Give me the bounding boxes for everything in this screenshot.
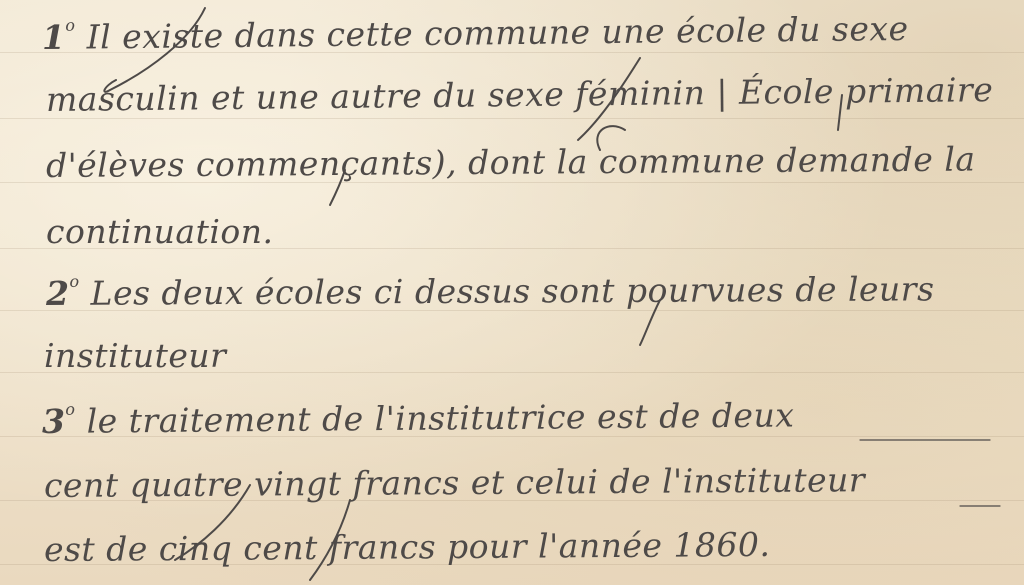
text-line-1: 1o Il existe dans cette commune une écol… xyxy=(42,7,909,57)
text-line-7: 3o le traitement de l'institutrice est d… xyxy=(42,393,795,441)
text-line-3: d'élèves commençants), dont la commune d… xyxy=(46,140,976,185)
text-line-9: est de cinq cent francs pour l'année 186… xyxy=(44,525,771,569)
line-text: est de cinq cent francs pour l'année 186… xyxy=(44,525,771,569)
item-number-suffix: o xyxy=(65,16,75,35)
item-number-suffix: o xyxy=(65,400,75,419)
item-number: 3 xyxy=(42,402,66,441)
manuscript-page: 1o Il existe dans cette commune une écol… xyxy=(0,0,1024,585)
item-number: 2 xyxy=(46,274,70,313)
line-text: Les deux écoles ci dessus sont pourvues … xyxy=(80,269,935,312)
text-line-5: 2o Les deux écoles ci dessus sont pourvu… xyxy=(46,267,935,313)
line-text: continuation. xyxy=(46,212,274,251)
line-text: le traitement de l'institutrice est de d… xyxy=(75,395,794,440)
line-text: instituteur xyxy=(44,336,226,375)
line-text: d'élèves commençants), dont la commune d… xyxy=(46,140,976,185)
line-text: Il existe dans cette commune une école d… xyxy=(75,9,908,57)
text-line-8: cent quatre vingt francs et celui de l'i… xyxy=(44,460,865,505)
item-number: 1 xyxy=(42,18,66,57)
ruled-line xyxy=(0,118,1024,119)
text-line-6: instituteur xyxy=(44,336,226,375)
line-text: cent quatre vingt francs et celui de l'i… xyxy=(44,460,865,505)
item-number-suffix: o xyxy=(69,272,79,291)
text-line-4: continuation. xyxy=(46,212,274,251)
text-line-2: masculin et une autre du sexe féminin | … xyxy=(46,70,994,119)
line-text: masculin et une autre du sexe féminin | … xyxy=(46,70,994,119)
